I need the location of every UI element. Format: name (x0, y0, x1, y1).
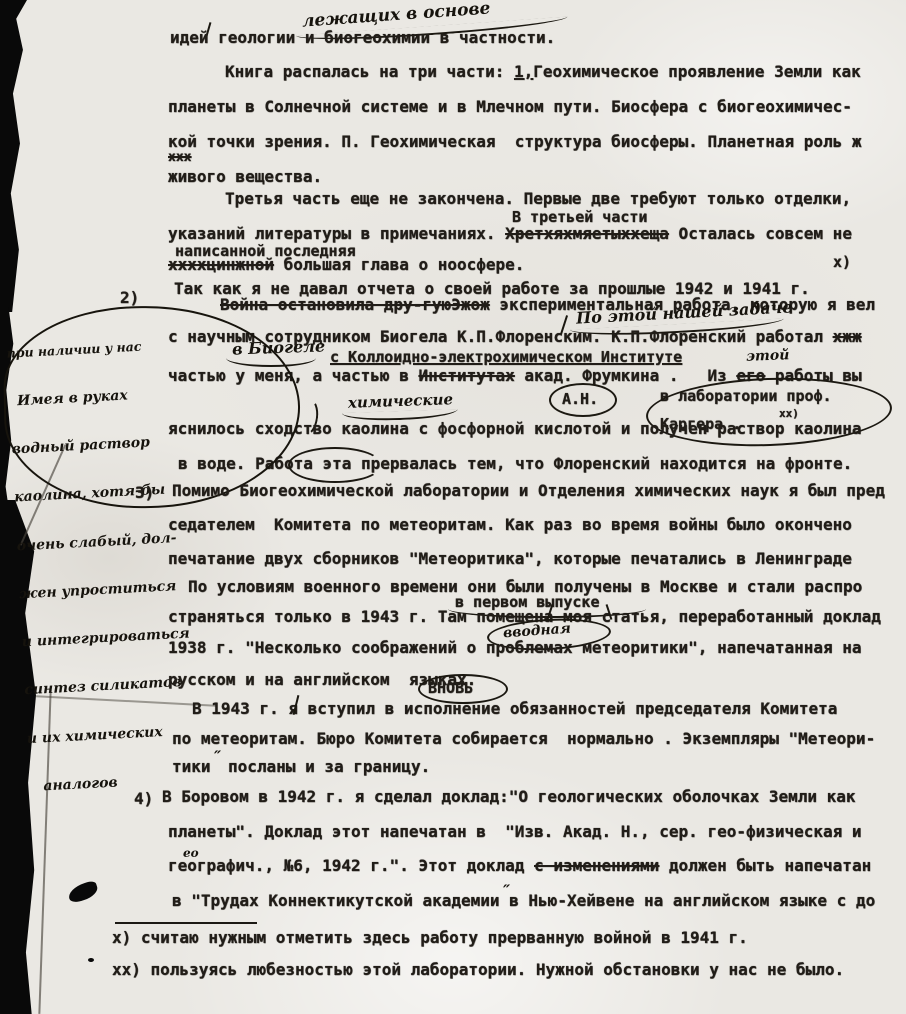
struck-text: Институтах (418, 366, 514, 385)
line-text: идей геологии и биогеохимии в частности. (170, 28, 555, 47)
ink-speck-dot (88, 958, 94, 962)
line-text: Осталась совсем не (669, 224, 852, 243)
typed-line: по метеоритам. Бюро Комитета собирается … (172, 729, 875, 749)
line-text: Геохимическое проявление Земли как (533, 62, 861, 81)
typed-line: В Боровом в 1942 г. я сделал доклад:"О г… (162, 787, 856, 807)
typed-line: 1938 г. "Несколько соображений о проблем… (168, 638, 862, 658)
circle-an (549, 383, 617, 417)
margin-note-line: жен упроститься (19, 577, 188, 602)
paragraph-number: 4) (134, 789, 153, 809)
footnote-reference-x: х) (833, 252, 851, 272)
struck-text: ххххцинжной (168, 255, 274, 274)
line-text: в Нью-Хейвене на английском языке с до (500, 891, 876, 910)
typed-insert-institute: с Коллоидно-электрохимическом Институте (330, 347, 682, 367)
handwritten-quote-mark-2: ″ (503, 882, 510, 900)
scan-edge-top-left (0, 0, 27, 312)
footnote-rule (115, 922, 257, 924)
footnote-line: х) считаю нужным отметить здесь работу п… (112, 928, 748, 948)
margin-note-line: Имея в руках (9, 385, 178, 410)
typed-line: живого вещества. (168, 167, 322, 187)
typed-line: Третья часть еще не закончена. Первые дв… (225, 189, 851, 209)
typed-line: кой точки зрения. П. Геохимическая струк… (168, 132, 862, 152)
ink-speck-blob (66, 880, 99, 904)
typed-line: Книга распалась на три части: 1,Геохимич… (225, 62, 861, 82)
line-text: акад. Фрумкина . Из (515, 366, 737, 385)
struck-text: с изменениями (534, 856, 659, 875)
handwritten-etoj: этой (746, 347, 790, 365)
underlined-number: 1, (514, 62, 533, 81)
typed-line: Помимо Биогеохимической лаборатории и От… (172, 481, 885, 501)
typed-line: печатание двух сборников "Метеоритика", … (168, 549, 852, 569)
line-text: сходство каолина с фосфорной кислотой и … (245, 419, 862, 438)
footnote-line: хх) пользуясь любезностью этой лаборатор… (112, 960, 844, 980)
typed-line: планеты". Доклад этот напечатан в "Изв. … (168, 822, 862, 842)
circle-v-vode (288, 447, 382, 483)
margin-note-line: при наличии у нас (6, 338, 175, 361)
overtyped-xxx: ххх (168, 148, 191, 168)
typed-line: географич., №6, 1942 г.". Этот доклад с … (168, 856, 871, 876)
typed-line: посланы и за границу. (228, 757, 430, 777)
line-text: в "Трудах Коннектикутской академии (172, 891, 500, 910)
line-text: Книга распалась на три части: (225, 62, 514, 81)
scanned-typescript-page: лежащих в основе идей геологии и биогеох… (0, 0, 906, 1014)
line-text: большая глава о ноосфере. (274, 255, 524, 274)
line-text: должен быть напечатан (659, 856, 871, 875)
typed-line: ххххцинжной большая глава о ноосфере. (168, 255, 524, 275)
line-text: К.П.Флоренский работал (611, 327, 833, 346)
margin-note-line: и интегрироваться (21, 626, 190, 651)
typed-line: планеты в Солнечной системе и в Млечном … (168, 97, 852, 117)
handwritten-quote-mark: ″ (214, 748, 221, 766)
paragraph-number: 2) (120, 288, 139, 308)
typed-line: в "Трудах Коннектикутской академии в Нью… (172, 891, 875, 911)
line-text: географич., №6, 1942 г.". Этот доклад (168, 856, 534, 875)
typed-line: идей геологии и биогеохимии в частности. (170, 28, 555, 48)
margin-note-line: водный раствор (11, 433, 180, 458)
struck-text: Война остановила дру-гуюЭжож (220, 295, 490, 314)
handwritten-geo-fix: ео (183, 847, 199, 861)
struck-text: Хретхяхмяетыххеща (505, 224, 669, 243)
typed-line: тики (172, 757, 211, 777)
struck-text: хжж (833, 327, 862, 346)
margin-note-line: каолина, хотя-бы (14, 481, 183, 506)
typed-line: В 1943 г. я вступил в исполнение обязанн… (192, 699, 837, 719)
margin-note-line: очень слабый, дол- (16, 529, 185, 554)
typed-line: седателем Комитета по метеоритам. Как ра… (168, 515, 852, 535)
margin-note-line: и их химических (26, 722, 195, 747)
paragraph-number: 3) (135, 483, 154, 503)
